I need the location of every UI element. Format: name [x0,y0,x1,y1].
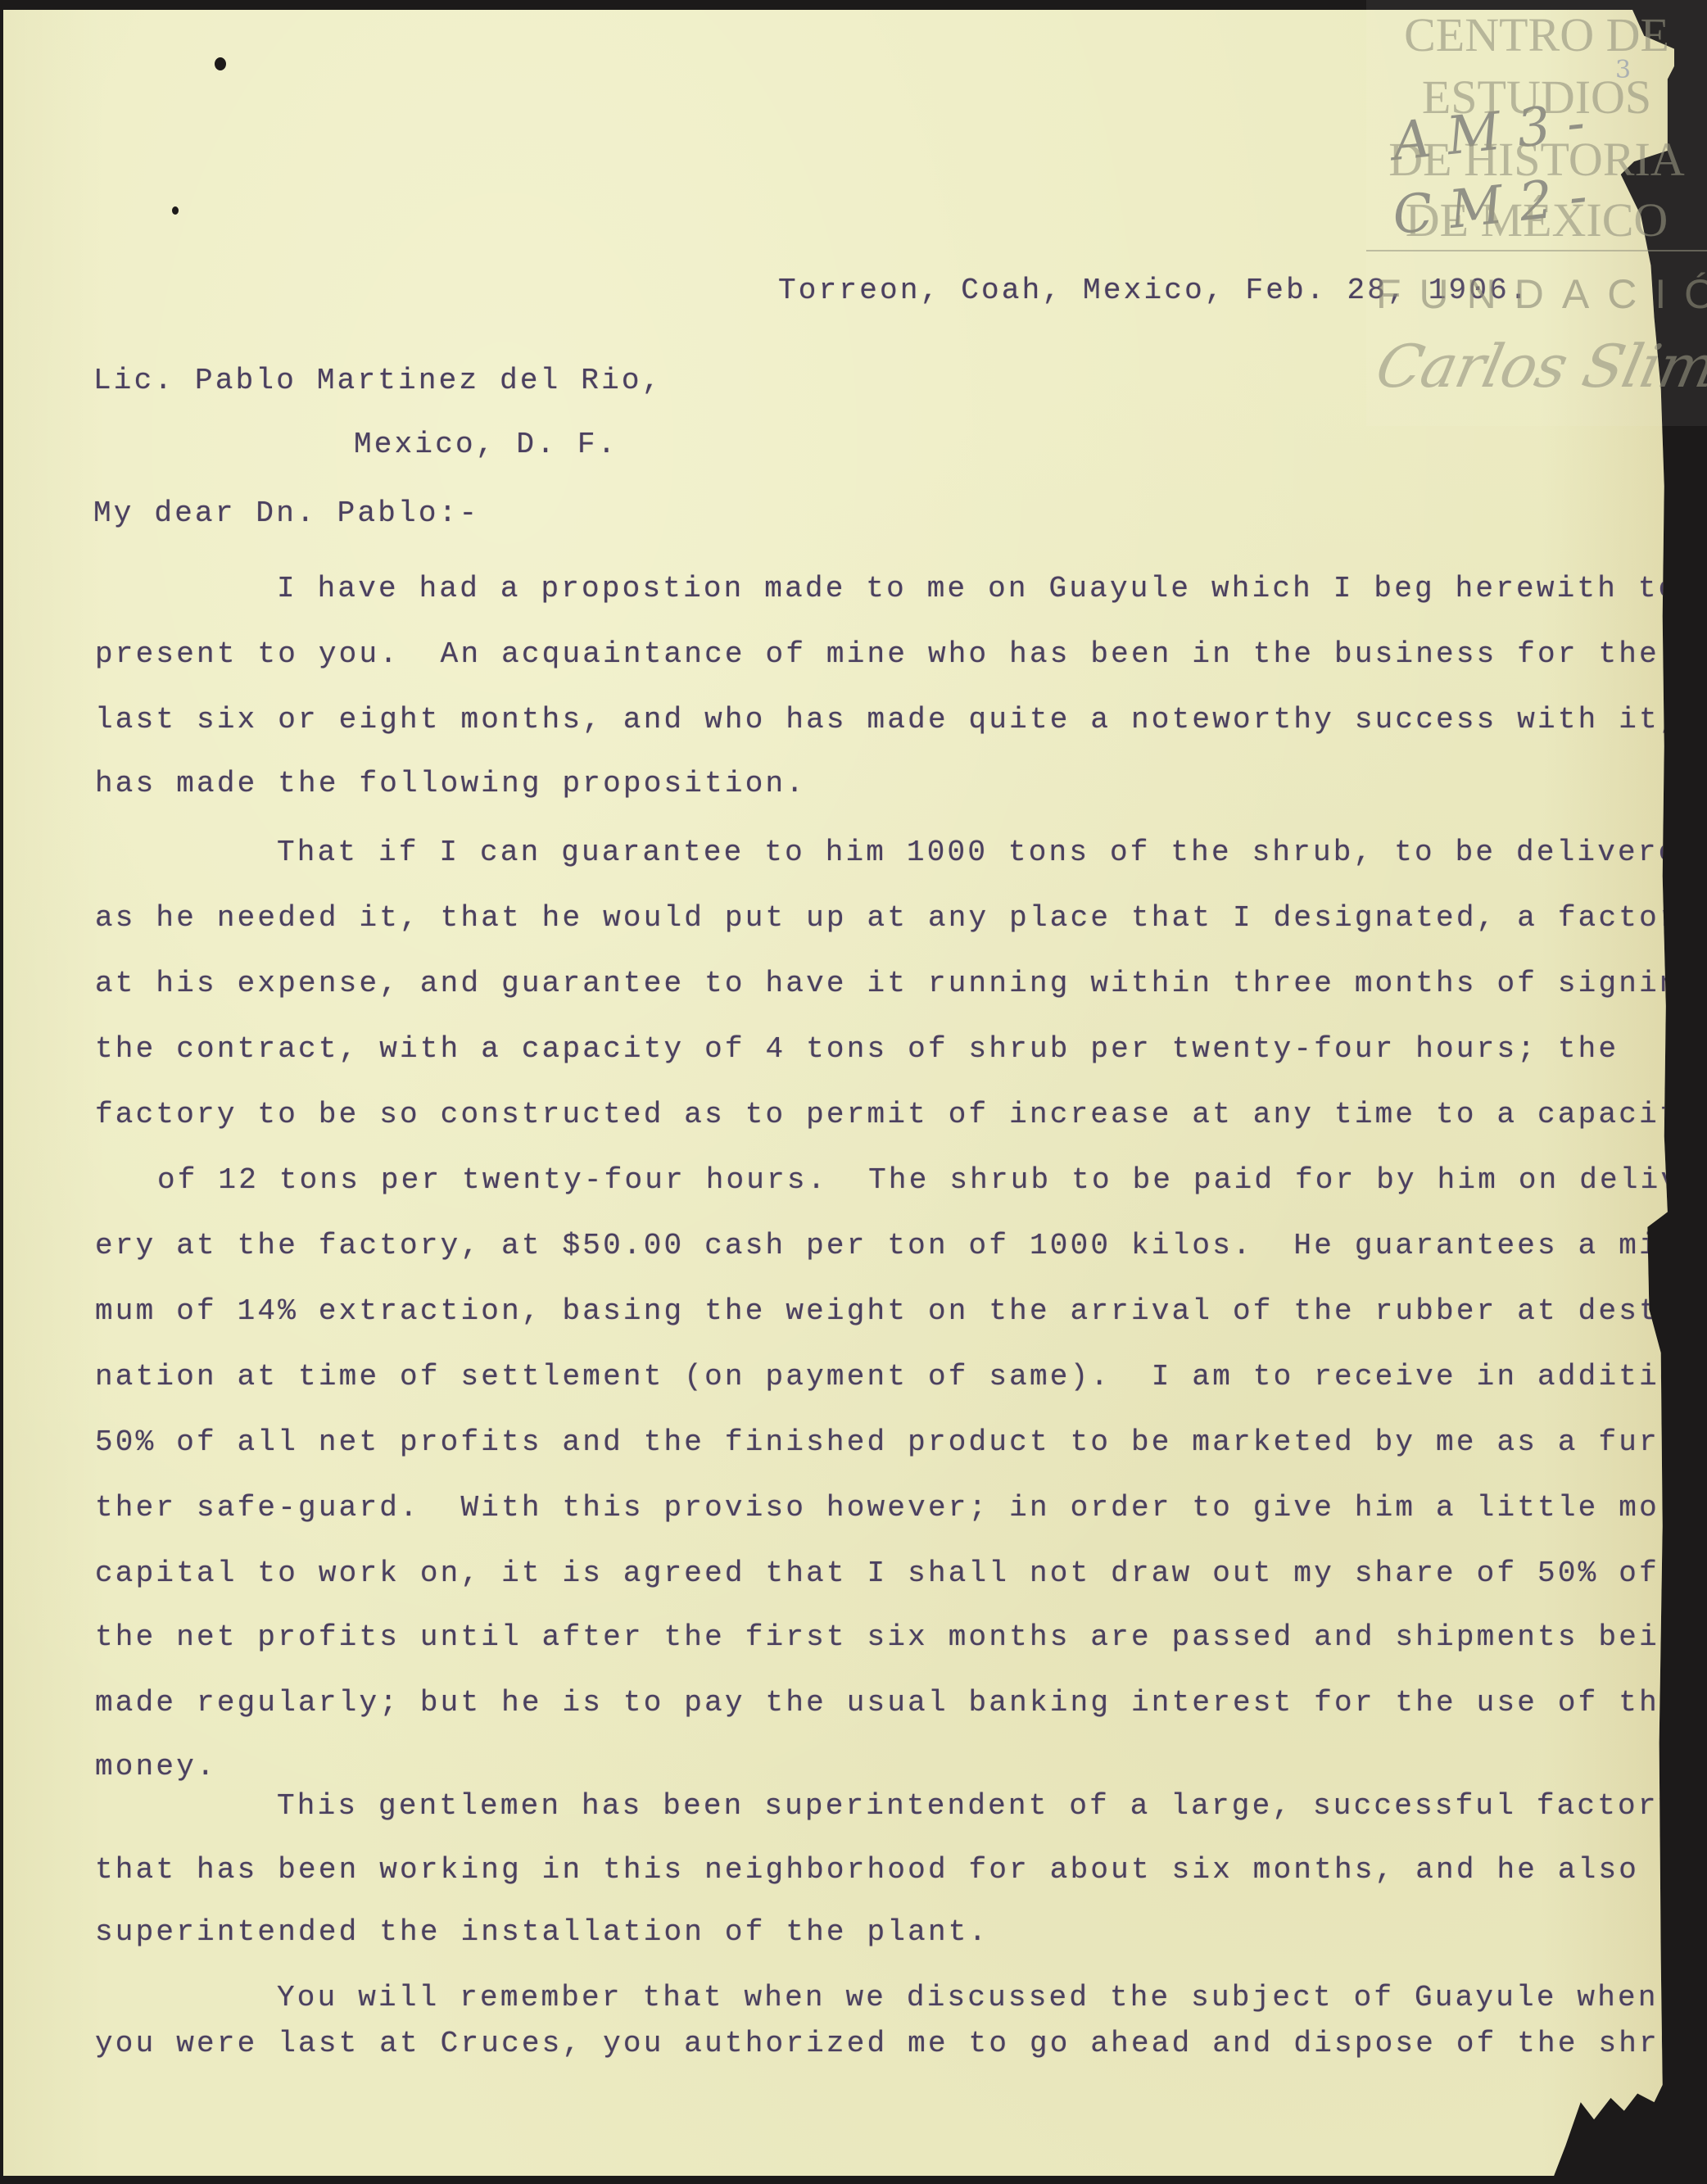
body-line: I have had a propostion made to me on Gu… [277,572,1678,605]
body-line: superintended the installation of the pl… [95,1915,989,1949]
body-line: has made the following proposition. [95,767,806,800]
body-line: capital to work on, it is agreed that I … [95,1556,1659,1590]
body-line: of 12 tons per twenty-four hours. The sh… [157,1163,1701,1197]
body-line: at his expense, and guarantee to have it… [95,967,1700,1000]
body-line: money. [95,1750,217,1783]
body-line: nation at time of settlement (on payment… [95,1360,1707,1393]
paper-mark [172,206,179,215]
body-line: 50% of all net profits and the finished … [95,1425,1680,1459]
body-line: the net profits until after the first si… [95,1620,1700,1654]
body-line: last six or eight months, and who has ma… [95,703,1680,736]
body-line: made regularly; but he is to pay the usu… [95,1686,1700,1720]
body-line: present to you. An acquaintance of mine … [95,637,1659,671]
body-line: that has been working in this neighborho… [95,1853,1639,1887]
body-line: as he needed it, that he would put up at… [95,901,1700,935]
body-line: This gentlemen has been superintendent o… [277,1789,1678,1823]
paper-mark [215,57,226,70]
body-line: ther safe-guard. With this proviso howev… [95,1491,1700,1525]
body-line: ery at the factory, at $50.00 cash per t… [95,1229,1707,1262]
body-line: the contract, with a capacity of 4 tons … [95,1032,1619,1066]
body-line: mum of 14% extraction, basing the weight… [95,1294,1700,1328]
body-line: That if I can guarantee to him 1000 tons… [277,836,1699,869]
pencil-annotation: 3 [1615,56,1631,84]
body-line: factory to be so constructed as to permi… [95,1098,1700,1131]
recipient-city: Mexico, D. F. [354,428,618,461]
recipient-name: Lic. Pablo Martinez del Rio, [93,364,663,397]
body-line: you were last at Cruces, you authorized … [95,2027,1700,2060]
watermark-divider [1366,250,1707,251]
body-line: You will remember that when we discussed… [277,1981,1659,2014]
watermark-signature: Carlos Slim [1370,332,1707,401]
salutation: My dear Dn. Pablo:- [93,496,479,530]
watermark-foundation: FUNDACIÓN [1376,270,1707,318]
